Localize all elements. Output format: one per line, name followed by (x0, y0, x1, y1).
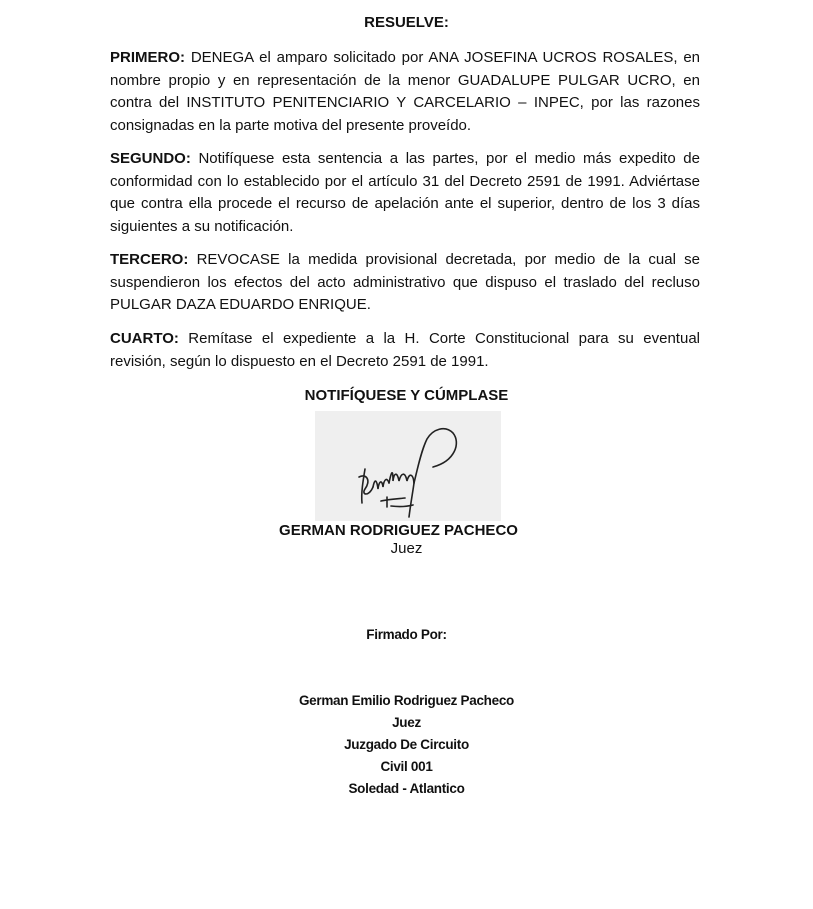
signer-name: German Emilio Rodriguez Pacheco (0, 693, 813, 708)
paragraph-primero: PRIMERO: DENEGA el amparo solicitado por… (110, 47, 700, 137)
paragraph-label: CUARTO: (110, 330, 179, 347)
signer-location: Soledad - Atlantico (0, 781, 813, 796)
signer-role: Juez (0, 715, 813, 730)
paragraph-label: TERCERO: (110, 251, 188, 268)
paragraph-segundo: SEGUNDO: Notifíquese esta sentencia a la… (110, 148, 700, 238)
paragraph-label: PRIMERO: (110, 49, 185, 66)
paragraph-tercero: TERCERO: REVOCASE la medida provisional … (110, 249, 700, 317)
judge-role: Juez (0, 540, 813, 557)
handwritten-signature-icon (315, 411, 501, 521)
paragraph-text: Notifíquese esta sentencia a las partes,… (110, 150, 700, 235)
paragraph-text: DENEGA el amparo solicitado por ANA JOSE… (110, 49, 700, 134)
signer-court: Juzgado De Circuito (0, 737, 813, 752)
closing-formula: NOTIFÍQUESE Y CÚMPLASE (0, 387, 813, 404)
paragraph-cuarto: CUARTO: Remítase el expediente a la H. C… (110, 328, 700, 373)
paragraph-text: REVOCASE la medida provisional decretada… (110, 251, 700, 313)
signer-court-type: Civil 001 (0, 759, 813, 774)
section-heading: RESUELVE: (0, 14, 813, 31)
judge-name: GERMAN RODRIGUEZ PACHECO (0, 522, 805, 539)
paragraph-text: Remítase el expediente a la H. Corte Con… (110, 330, 700, 370)
digital-signature-label: Firmado Por: (0, 627, 813, 642)
paragraph-label: SEGUNDO: (110, 150, 191, 167)
signature-image (315, 411, 501, 521)
